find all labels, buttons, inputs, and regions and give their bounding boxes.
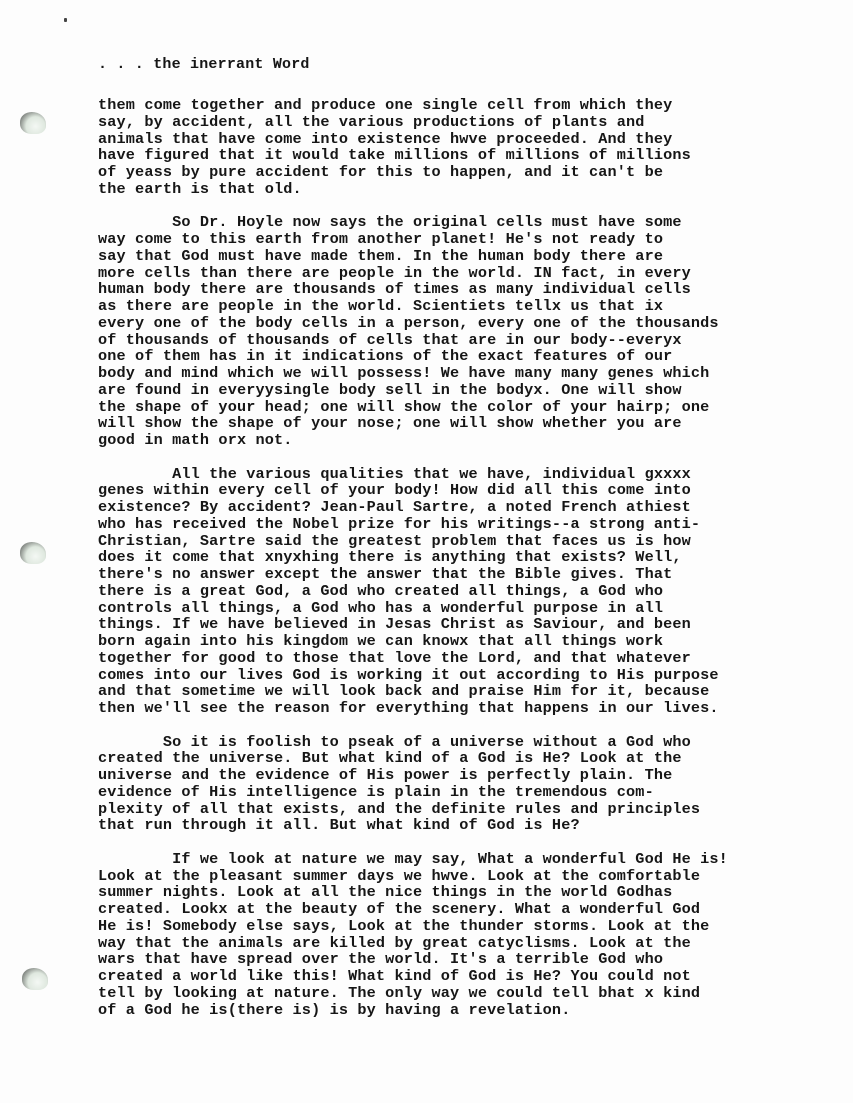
- text-line: are found in everyysingle body sell in t…: [98, 382, 798, 399]
- text-line: things. If we have believed in Jesas Chr…: [98, 616, 798, 633]
- punch-hole-middle: [20, 542, 46, 564]
- paragraph: If we look at nature we may say, What a …: [98, 851, 798, 1019]
- text-line: So Dr. Hoyle now says the original cells…: [98, 214, 798, 231]
- text-line: that run through it all. But what kind o…: [98, 817, 798, 834]
- punch-hole-top: [20, 112, 46, 134]
- text-line: every one of the body cells in a person,…: [98, 315, 798, 332]
- text-line: there's no answer except the answer that…: [98, 566, 798, 583]
- text-line: have figured that it would take millions…: [98, 147, 798, 164]
- paragraph: So it is foolish to pseak of a universe …: [98, 734, 798, 835]
- text-line: tell by looking at nature. The only way …: [98, 985, 798, 1002]
- text-line: does it come that xnyxhing there is anyt…: [98, 549, 798, 566]
- text-line: wars that have spread over the world. It…: [98, 951, 798, 968]
- paragraph-gap: [98, 717, 798, 734]
- paragraph-gap: [98, 834, 798, 851]
- text-line: animals that have come into existence hw…: [98, 131, 798, 148]
- text-line: Christian, Sartre said the greatest prob…: [98, 533, 798, 550]
- text-line: there is a great God, a God who created …: [98, 583, 798, 600]
- text-line: summer nights. Look at all the nice thin…: [98, 884, 798, 901]
- text-line: one of them has in it indications of the…: [98, 348, 798, 365]
- text-line: will show the shape of your nose; one wi…: [98, 415, 798, 432]
- text-line: body and mind which we will possess! We …: [98, 365, 798, 382]
- text-line: good in math orx not.: [98, 432, 798, 449]
- text-line: universe and the evidence of His power i…: [98, 767, 798, 784]
- running-header: . . . the inerrant Word: [98, 56, 310, 73]
- paragraph-gap: [98, 449, 798, 466]
- stray-mark: [64, 18, 67, 22]
- text-line: He is! Somebody else says, Look at the t…: [98, 918, 798, 935]
- punch-hole-bottom: [22, 968, 48, 990]
- text-line: more cells than there are people in the …: [98, 265, 798, 282]
- text-line: who has received the Nobel prize for his…: [98, 516, 798, 533]
- text-line: of thousands of thousands of cells that …: [98, 332, 798, 349]
- text-line: of yeass by pure accident for this to ha…: [98, 164, 798, 181]
- text-line: born again into his kingdom we can knowx…: [98, 633, 798, 650]
- text-line: existence? By accident? Jean-Paul Sartre…: [98, 499, 798, 516]
- text-line: the earth is that old.: [98, 181, 798, 198]
- text-line: comes into our lives God is working it o…: [98, 667, 798, 684]
- paragraph-gap: [98, 198, 798, 215]
- text-line: together for good to those that love the…: [98, 650, 798, 667]
- text-line: If we look at nature we may say, What a …: [98, 851, 798, 868]
- text-line: plexity of all that exists, and the defi…: [98, 801, 798, 818]
- paragraph: So Dr. Hoyle now says the original cells…: [98, 214, 798, 449]
- text-line: Look at the pleasant summer days we hwve…: [98, 868, 798, 885]
- text-line: genes within every cell of your body! Ho…: [98, 482, 798, 499]
- text-line: say that God must have made them. In the…: [98, 248, 798, 265]
- text-line: as there are people in the world. Scient…: [98, 298, 798, 315]
- text-line: the shape of your head; one will show th…: [98, 399, 798, 416]
- text-line: way come to this earth from another plan…: [98, 231, 798, 248]
- text-line: controls all things, a God who has a won…: [98, 600, 798, 617]
- text-line: created a world like this! What kind of …: [98, 968, 798, 985]
- text-line: and that sometime we will look back and …: [98, 683, 798, 700]
- text-line: say, by accident, all the various produc…: [98, 114, 798, 131]
- body-text: them come together and produce one singl…: [98, 97, 798, 1018]
- text-line: So it is foolish to pseak of a universe …: [98, 734, 798, 751]
- text-line: created. Lookx at the beauty of the scen…: [98, 901, 798, 918]
- paragraph: All the various qualities that we have, …: [98, 466, 798, 717]
- paragraph: them come together and produce one singl…: [98, 97, 798, 198]
- text-line: created the universe. But what kind of a…: [98, 750, 798, 767]
- text-line: them come together and produce one singl…: [98, 97, 798, 114]
- text-line: human body there are thousands of times …: [98, 281, 798, 298]
- text-line: then we'll see the reason for everything…: [98, 700, 798, 717]
- text-line: way that the animals are killed by great…: [98, 935, 798, 952]
- text-line: evidence of His intelligence is plain in…: [98, 784, 798, 801]
- text-line: of a God he is(there is) is by having a …: [98, 1002, 798, 1019]
- text-line: All the various qualities that we have, …: [98, 466, 798, 483]
